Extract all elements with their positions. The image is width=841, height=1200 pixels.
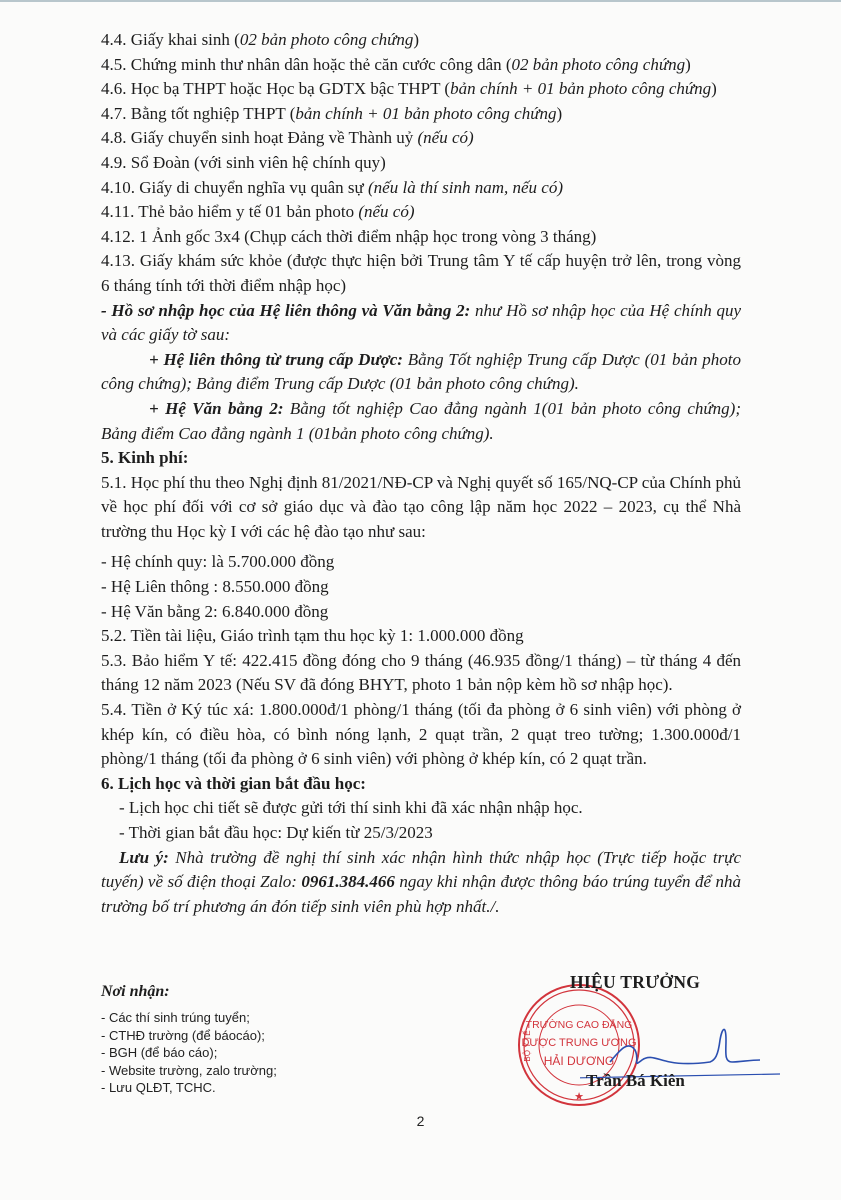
section6-list: - Lịch học chi tiết sẽ được gửi tới thí … <box>101 796 741 845</box>
section5-p51: 5.1. Học phí thu theo Nghị định 81/2021/… <box>101 471 741 545</box>
doc-item-close: ) <box>685 55 691 74</box>
admission-doc-item: 4.4. Giấy khai sinh (02 bản photo công c… <box>101 28 741 53</box>
admission-doc-item: 4.5. Chứng minh thư nhân dân hoặc thẻ că… <box>101 53 741 78</box>
doc-item-text: 4.4. Giấy khai sinh ( <box>101 30 240 49</box>
lienthong-sub2: + Hệ Văn bằng 2: Bằng tốt nghiệp Cao đẳn… <box>101 397 741 446</box>
schedule-line: - Thời gian bắt đầu học: Dự kiến từ 25/3… <box>119 821 741 846</box>
signer-role: HIỆU TRƯỞNG <box>570 972 700 993</box>
lienthong-sub1: + Hệ liên thông từ trung cấp Dược: Bằng … <box>101 348 741 397</box>
note-paragraph: Lưu ý: Nhà trường đề nghị thí sinh xác n… <box>101 846 741 920</box>
lienthong-heading: - Hồ sơ nhập học của Hệ liên thông và Vă… <box>101 301 470 320</box>
doc-item-close: ) <box>413 30 419 49</box>
fee-line: - Hệ chính quy: là 5.700.000 đồng <box>101 550 741 575</box>
zalo-phone: 0961.384.466 <box>301 872 395 891</box>
doc-item-text: 4.11. Thẻ bảo hiểm y tế 01 bản photo <box>101 202 358 221</box>
doc-item-note: (nếu là thí sinh nam, nếu có) <box>368 178 563 197</box>
admission-doc-item: 4.8. Giấy chuyển sinh hoạt Đảng về Thành… <box>101 126 741 151</box>
lienthong-sub1-label: + Hệ liên thông từ trung cấp Dược: <box>149 350 403 369</box>
admission-doc-item: 4.9. Sổ Đoàn (với sinh viên hệ chính quy… <box>101 151 741 176</box>
recipient-item: - BGH (để báo cáo); <box>101 1044 401 1062</box>
recipient-item: - Các thí sinh trúng tuyển; <box>101 1009 401 1027</box>
section5-p53: 5.3. Bảo hiểm Y tế: 422.415 đồng đóng ch… <box>101 649 741 698</box>
recipients-block: Nơi nhận: - Các thí sinh trúng tuyển;- C… <box>101 983 401 1097</box>
doc-item-text: 4.9. Sổ Đoàn (với sinh viên hệ chính quy… <box>101 153 386 172</box>
admission-doc-item: 4.11. Thẻ bảo hiểm y tế 01 bản photo (nế… <box>101 200 741 225</box>
section5-p52: 5.2. Tiền tài liệu, Giáo trình tạm thu h… <box>101 624 741 649</box>
section5-heading: 5. Kinh phí: <box>101 446 741 471</box>
signer-name: Trần Bá Kiên <box>586 1071 685 1091</box>
doc-item-note: (nếu có) <box>358 202 414 221</box>
recipients-list: - Các thí sinh trúng tuyển;- CTHĐ trường… <box>101 1009 401 1097</box>
doc-item-text: 4.10. Giấy di chuyển nghĩa vụ quân sự <box>101 178 368 197</box>
admission-doc-item: 4.7. Bằng tốt nghiệp THPT (bản chính + 0… <box>101 102 741 127</box>
scan-top-edge <box>0 0 841 2</box>
schedule-line: - Lịch học chi tiết sẽ được gửi tới thí … <box>119 796 741 821</box>
doc-item-note: 02 bản photo công chứng <box>512 55 686 74</box>
doc-item-text: 4.6. Học bạ THPT hoặc Học bạ GDTX bậc TH… <box>101 79 450 98</box>
recipients-title: Nơi nhận: <box>101 983 401 1001</box>
page-number: 2 <box>0 1113 841 1129</box>
fee-line: - Hệ Văn bằng 2: 6.840.000 đồng <box>101 600 741 625</box>
fee-line: - Hệ Liên thông : 8.550.000 đồng <box>101 575 741 600</box>
recipient-item: - CTHĐ trường (để báocáo); <box>101 1027 401 1045</box>
svg-text:BỘ Y TẾ: BỘ Y TẾ <box>522 1030 532 1061</box>
doc-item-close: ) <box>711 79 717 98</box>
section5-p54: 5.4. Tiền ở Ký túc xá: 1.800.000đ/1 phòn… <box>101 698 741 772</box>
item-4-13: 4.13. Giấy khám sức khỏe (được thực hiện… <box>101 249 741 298</box>
admission-doc-item: 4.10. Giấy di chuyển nghĩa vụ quân sự (n… <box>101 176 741 201</box>
doc-item-note: 02 bản photo công chứng <box>240 30 414 49</box>
note-label: Lưu ý: <box>119 848 169 867</box>
doc-item-note: bản chính + 01 bản photo công chứng <box>450 79 711 98</box>
lienthong-paragraph: - Hồ sơ nhập học của Hệ liên thông và Vă… <box>101 299 741 348</box>
recipient-item: - Lưu QLĐT, TCHC. <box>101 1079 401 1097</box>
document-body: 4.4. Giấy khai sinh (02 bản photo công c… <box>101 28 741 919</box>
doc-item-note: bản chính + 01 bản photo công chứng <box>295 104 556 123</box>
doc-item-text: 4.8. Giấy chuyển sinh hoạt Đảng về Thành… <box>101 128 417 147</box>
section6-heading: 6. Lịch học và thời gian bắt đầu học: <box>101 772 741 797</box>
admission-doc-item: 4.6. Học bạ THPT hoặc Học bạ GDTX bậc TH… <box>101 77 741 102</box>
doc-item-close: ) <box>556 104 562 123</box>
admission-docs-list: 4.4. Giấy khai sinh (02 bản photo công c… <box>101 28 741 249</box>
doc-item-text: 4.12. 1 Ảnh gốc 3x4 (Chụp cách thời điểm… <box>101 227 596 246</box>
doc-item-note: (nếu có) <box>417 128 473 147</box>
recipient-item: - Website trường, zalo trường; <box>101 1062 401 1080</box>
doc-item-text: 4.7. Bằng tốt nghiệp THPT ( <box>101 104 295 123</box>
doc-item-text: 4.5. Chứng minh thư nhân dân hoặc thẻ că… <box>101 55 512 74</box>
lienthong-sub2-label: + Hệ Văn bằng 2: <box>149 399 284 418</box>
fees-list: - Hệ chính quy: là 5.700.000 đồng- Hệ Li… <box>101 550 741 624</box>
admission-doc-item: 4.12. 1 Ảnh gốc 3x4 (Chụp cách thời điểm… <box>101 225 741 250</box>
svg-text:★: ★ <box>574 1091 584 1103</box>
